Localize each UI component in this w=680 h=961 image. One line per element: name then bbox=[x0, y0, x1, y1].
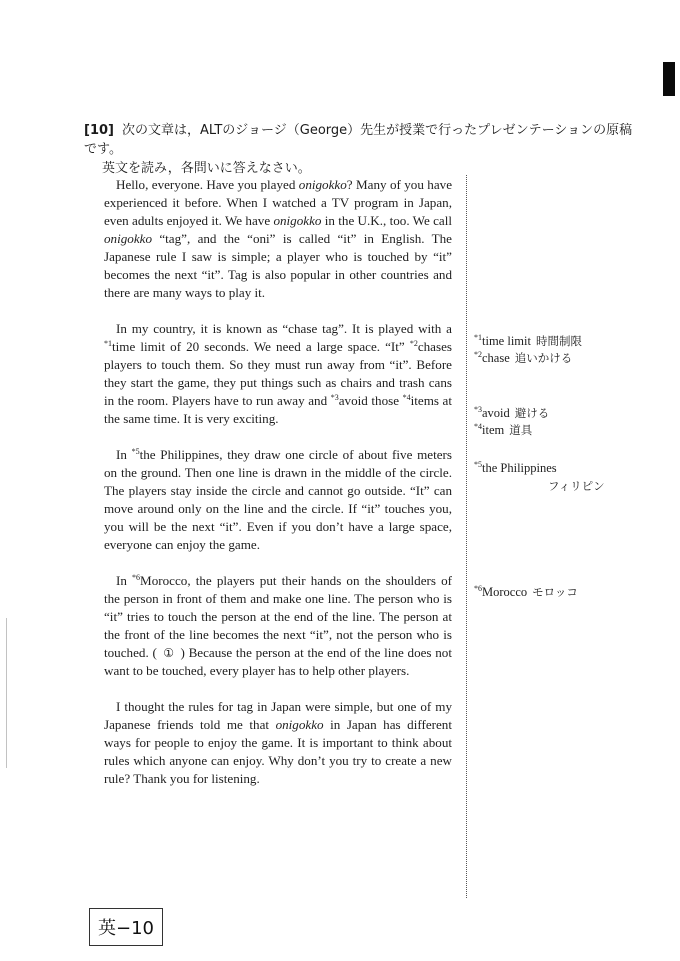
instruction-line-1: [10]次の文章は，ALTのジョージ（George）先生が授業で行ったプレゼンテ… bbox=[84, 121, 644, 159]
glossary-item-translation: フィリピン bbox=[548, 478, 605, 495]
glossary-item: *2chase追いかける bbox=[474, 350, 572, 367]
paragraph-2: In my country, it is known as “chase tag… bbox=[104, 320, 452, 428]
paragraph-4: In *6Morocco, the players put their hand… bbox=[104, 572, 452, 680]
glossary-item: *1time limit時間制限 bbox=[474, 333, 582, 350]
question-number: [10] bbox=[84, 123, 114, 138]
footnote-marker: *4 bbox=[403, 393, 411, 402]
glossary-divider bbox=[466, 175, 467, 898]
answer-blank-1: ① bbox=[163, 646, 175, 660]
glossary-item: *3avoid避ける bbox=[474, 405, 549, 422]
glossary-item: *6Moroccoモロッコ bbox=[474, 584, 578, 601]
paragraph-3: In *5the Philippines, they draw one circ… bbox=[104, 446, 452, 554]
glossary-item: *4item道具 bbox=[474, 422, 532, 439]
passage: Hello, everyone. Have you played onigokk… bbox=[104, 176, 452, 788]
instruction-text: 次の文章は，ALTのジョージ（George）先生が授業で行ったプレゼンテーション… bbox=[84, 123, 632, 157]
paragraph-1: Hello, everyone. Have you played onigokk… bbox=[104, 176, 452, 302]
glossary-item: *5the Philippines bbox=[474, 460, 557, 477]
footnote-marker: *5 bbox=[132, 447, 140, 456]
page-number-box: 英−10 bbox=[89, 908, 163, 946]
footnote-marker: *1 bbox=[104, 339, 112, 348]
footnote-marker: *2 bbox=[410, 339, 418, 348]
paragraph-5: I thought the rules for tag in Japan wer… bbox=[104, 698, 452, 788]
question-header: [10]次の文章は，ALTのジョージ（George）先生が授業で行ったプレゼンテ… bbox=[84, 121, 644, 178]
binding-edge-line bbox=[6, 618, 8, 768]
footnote-marker: *3 bbox=[331, 393, 339, 402]
section-tab-marker bbox=[663, 62, 675, 96]
footnote-marker: *6 bbox=[132, 573, 140, 582]
